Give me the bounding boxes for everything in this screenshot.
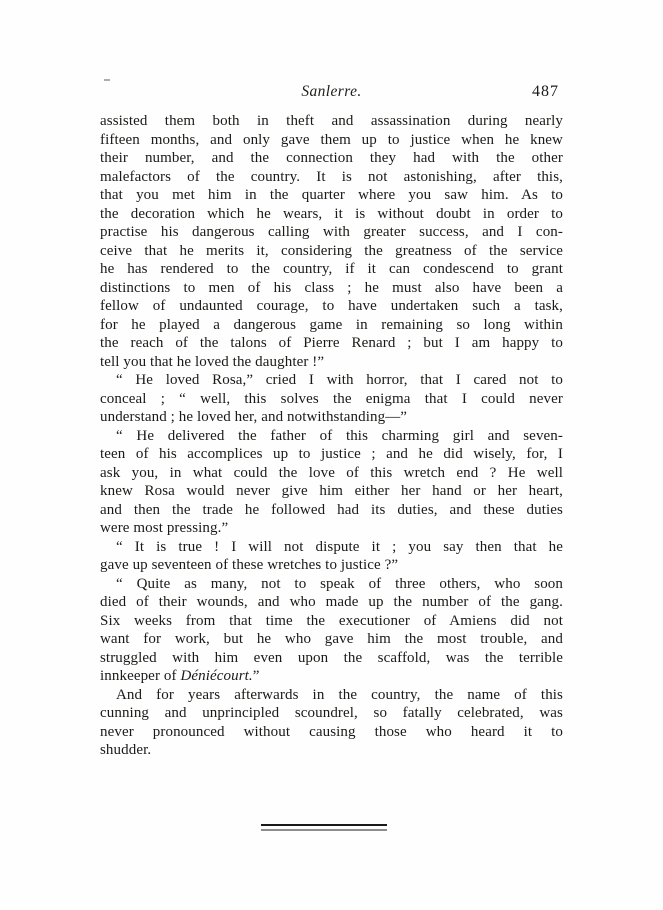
text-line: conceal ; “ well, this solves the enigma… [100,390,563,409]
text-line: never pronounced without causing those w… [100,723,563,742]
text-line: ask you, in what could the love of this … [100,464,563,483]
text-line: shudder. [100,741,563,760]
text-line: malefactors of the country. It is not as… [100,168,563,187]
end-rule [261,824,387,831]
end-rule-bottom-line [261,829,387,831]
text-line: practise his dangerous calling with grea… [100,223,563,242]
text-line: understand ; he loved her, and notwithst… [100,408,563,427]
text-line: cunning and unprincipled scoundrel, so f… [100,704,563,723]
text-line: for he played a dangerous game in remain… [100,316,563,335]
text-line: distinctions to men of his class ; he mu… [100,279,563,298]
text-line: were most pressing.” [100,519,563,538]
text-line: the decoration which he wears, it is wit… [100,205,563,224]
text-line: gave up seventeen of these wretches to j… [100,556,563,575]
page-number: 487 [532,83,559,101]
text-line: assisted them both in theft and assassin… [100,112,563,131]
text-line: tell you that he loved the daughter !” [100,353,563,372]
scan-speck [104,79,110,81]
text-line: he has rendered to the country, if it ca… [100,260,563,279]
text-line: innkeeper of Déniécourt.” [100,667,563,686]
text-line: died of their wounds, and who made up th… [100,593,563,612]
text-line: “ He loved Rosa,” cried I with horror, t… [100,371,563,390]
text-line: ceive that he merits it, considering the… [100,242,563,261]
text-line: their number, and the connection they ha… [100,149,563,168]
text-line: teen of his accomplices up to justice ; … [100,445,563,464]
text-line: fifteen months, and only gave them up to… [100,131,563,150]
text-line: that you met him in the quarter where yo… [100,186,563,205]
text-line: “ He delivered the father of this charmi… [100,427,563,446]
text-line: Six weeks from that time the executioner… [100,612,563,631]
text-line: knew Rosa would never give him either he… [100,482,563,501]
end-rule-top-line [261,824,387,826]
text-line: and then the trade he followed had its d… [100,501,563,520]
text-line: the reach of the talons of Pierre Renard… [100,334,563,353]
running-title: Sanlerre. [100,83,563,101]
page-text: assisted them both in theft and assassin… [100,112,563,760]
text-line: “ It is true ! I will not dispute it ; y… [100,538,563,557]
book-page: Sanlerre. 487 assisted them both in thef… [0,0,663,910]
page-header: Sanlerre. 487 [100,83,563,103]
text-line: fellow of undaunted courage, to have und… [100,297,563,316]
text-line: And for years afterwards in the country,… [100,686,563,705]
text-line: want for work, but he who gave him the m… [100,630,563,649]
text-line: struggled with him even upon the scaffol… [100,649,563,668]
text-line: “ Quite as many, not to speak of three o… [100,575,563,594]
